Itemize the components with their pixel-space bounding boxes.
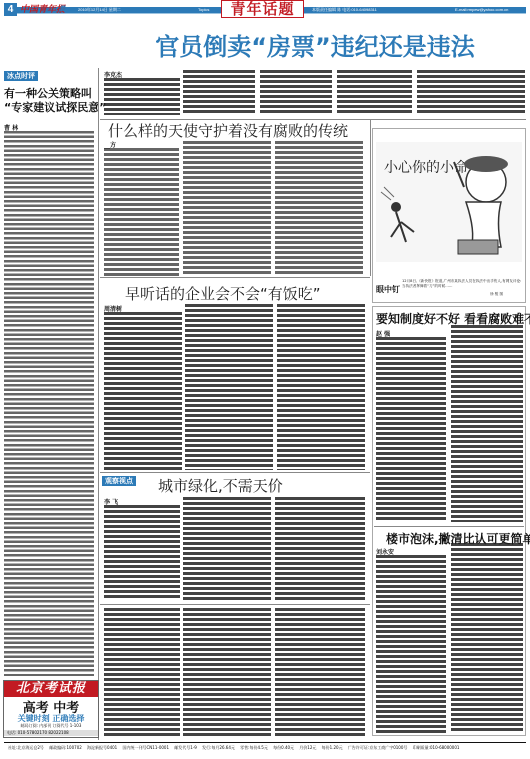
header-email: E-mail:rmpew@yahoo.com.cn [455,7,508,13]
section-title: 青年话题 [221,0,304,18]
lower-col1 [104,608,180,738]
cartoon-illustration-icon: 小心你的小命! [376,142,522,262]
svg-text:小心你的小命!: 小心你的小命! [384,160,474,176]
article-4-col2 [451,325,523,522]
column-divider [98,68,99,740]
article-6-col2 [451,543,523,733]
header-topics-label: Topics [198,7,209,13]
main-article-col4 [337,70,412,115]
ad-phone: 电话: 010-57802170 82022108 [4,730,98,736]
main-headline: 官员倒卖“房票”违纪还是违法 [0,27,530,62]
article-5-title: 城市绿化,不需天价 [158,475,283,496]
article-3-title: 早听话的企业会不会“有饭吃” [125,283,321,304]
main-article-col2 [183,70,255,115]
cartoon-tag: 眼中钉 [376,284,400,295]
article-5-col1 [104,505,180,600]
article-5-col2 [183,497,271,600]
footer-info: 社址:北京海运仓2号 邮政编码:100702 海淀新报号0401 国内统一刊号C… [8,745,528,751]
section-divider [374,526,524,527]
left-column-title-1: 有一种公关策略叫 [4,87,92,101]
section-divider [100,277,370,278]
article-3-col2 [185,304,273,470]
cartoon-caption: 12月8日,《新快报》报道,广州市某执法人员在执法中出手伤人,有网友评论:当执法… [402,279,522,289]
article-2-title: 什么样的天使守护着没有腐败的传统 [108,120,348,141]
cartoon-author: 徐 骏 图 [490,292,503,297]
ad-brand: 北京考试报 [4,681,98,697]
footer-rule [4,742,526,743]
page-number: 4 [4,3,17,16]
column-tag: 冰点时评 [4,71,38,81]
column-divider [370,119,371,276]
article-3-col1 [104,312,182,470]
editor-info: 本版责任编辑 陈 电话:010-64098311 [312,7,377,13]
section-divider [100,604,370,605]
main-article-col3 [260,70,332,115]
article-6-col1 [376,555,446,733]
left-column-body [4,131,94,676]
lower-col2 [183,608,271,738]
article-5-col3 [275,497,365,600]
cartoon-image: 小心你的小命! [376,142,522,262]
header-date: 2010年12月14日 星期二 [78,7,121,13]
main-article-col5 [417,70,525,115]
header-slashes: ///// [60,6,65,13]
article-5-tag: 观察视点 [102,476,136,486]
article-2-col1 [104,148,179,276]
article-4-col1 [376,337,446,522]
masthead-logo: 中国青年报 [20,2,65,15]
article-3-col3 [277,304,365,470]
article-2-col2 [183,141,271,276]
main-article-col1 [104,78,180,115]
section-divider [100,472,370,473]
left-column-title-2: “专家建议试探民意” [4,101,106,115]
article-2-col3 [275,141,363,276]
lower-col3 [275,608,365,738]
ad-subscription: 邮局订阅: 内部刊 订阅代号 1-103 [4,723,98,729]
